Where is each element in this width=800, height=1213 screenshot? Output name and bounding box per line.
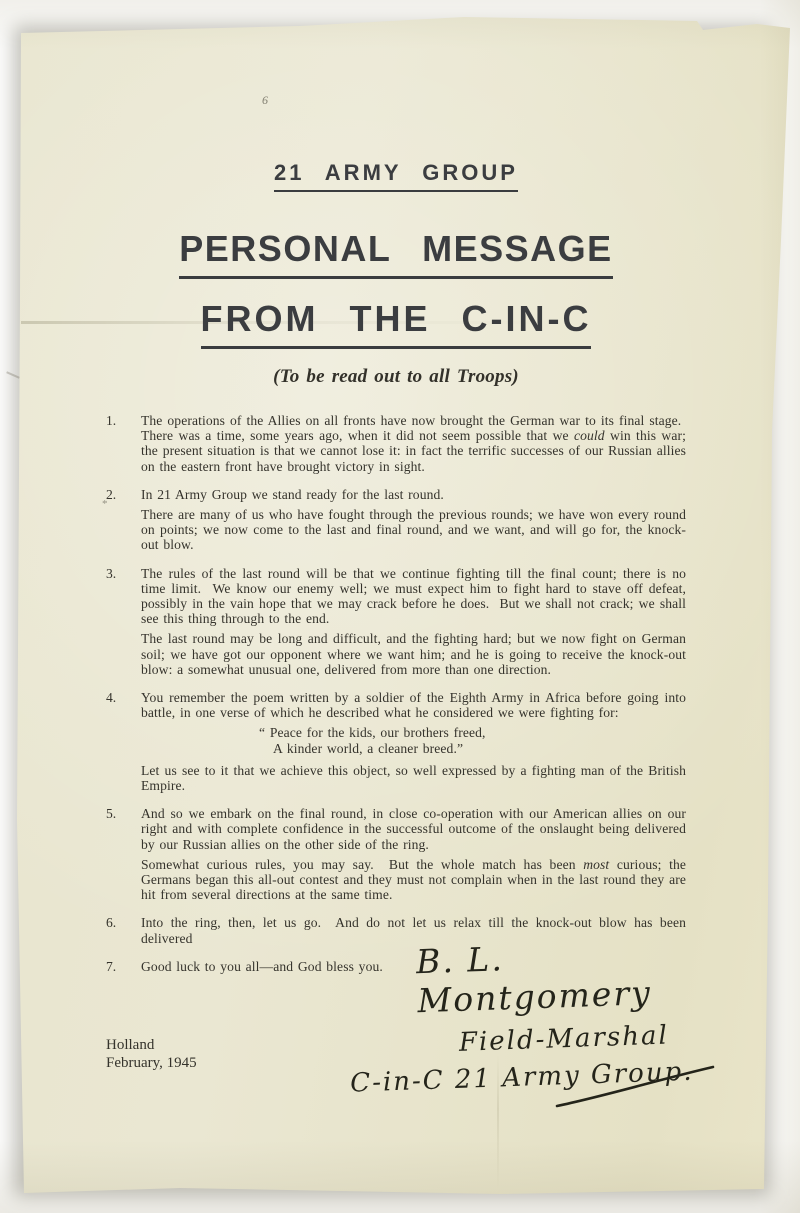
item-number: 1. [106,413,141,474]
poem-line: A kinder world, a cleaner breed.” [273,741,686,756]
place-date-block: Holland February, 1945 [106,1036,197,1072]
paper-sheet: 21 ARMY GROUP PERSONAL MESSAGE FROM THE … [0,0,800,1213]
title-line-1: PERSONAL MESSAGE [106,228,686,279]
item-number: 2. [106,487,141,553]
item-number: 5. [106,806,141,902]
item-body: In 21 Army Group we stand ready for the … [141,487,686,553]
item-paragraph: The operations of the Allies on all fron… [141,413,686,474]
message-list: 1.The operations of the Allies on all fr… [106,413,686,974]
message-item: 2.In 21 Army Group we stand ready for th… [106,487,686,553]
title-line-2-text: FROM THE C-IN-C [201,298,592,349]
poem-block: “ Peace for the kids, our brothers freed… [141,725,686,755]
item-paragraph: The rules of the last round will be that… [141,566,686,627]
item-paragraph: Let us see to it that we achieve this ob… [141,763,686,793]
item-body: The rules of the last round will be that… [141,566,686,677]
signature-rank: Field-Marshal [458,1018,741,1058]
message-item: 4.You remember the poem written by a sol… [106,690,686,793]
item-body: And so we embark on the final round, in … [141,806,686,902]
item-body: The operations of the Allies on all fron… [141,413,686,474]
message-item: 1.The operations of the Allies on all fr… [106,413,686,474]
org-heading-text: 21 ARMY GROUP [274,160,518,192]
item-paragraph: In 21 Army Group we stand ready for the … [141,487,686,502]
item-paragraph: The last round may be long and difficult… [141,631,686,677]
signature-underline-flourish [545,1058,745,1113]
item-number: 6. [106,915,141,945]
signature-name: B. L. Montgomery [415,931,740,1020]
place-label: Holland [106,1036,197,1054]
title-line-2: FROM THE C-IN-C [106,298,686,349]
message-item: 3.The rules of the last round will be th… [106,566,686,677]
date-label: February, 1945 [106,1054,197,1072]
item-number: 3. [106,566,141,677]
stray-pencil-mark-top: 6 [262,93,268,108]
poem-line: “ Peace for the kids, our brothers freed… [259,725,686,740]
item-number: 7. [106,959,141,974]
item-paragraph: There are many of us who have fought thr… [141,507,686,553]
document-scan: 21 ARMY GROUP PERSONAL MESSAGE FROM THE … [0,0,800,1213]
subtitle: (To be read out to all Troops) [106,366,686,388]
message-item: 5.And so we embark on the final round, i… [106,806,686,902]
title-line-1-text: PERSONAL MESSAGE [179,228,612,279]
item-paragraph: Somewhat curious rules, you may say. But… [141,857,686,903]
stray-mark-margin: * [102,498,108,510]
item-body: You remember the poem written by a soldi… [141,690,686,793]
org-heading: 21 ARMY GROUP [106,160,686,192]
item-paragraph: And so we embark on the final round, in … [141,806,686,852]
item-paragraph: You remember the poem written by a soldi… [141,690,686,720]
document-content: 21 ARMY GROUP PERSONAL MESSAGE FROM THE … [20,28,770,987]
item-number: 4. [106,690,141,793]
